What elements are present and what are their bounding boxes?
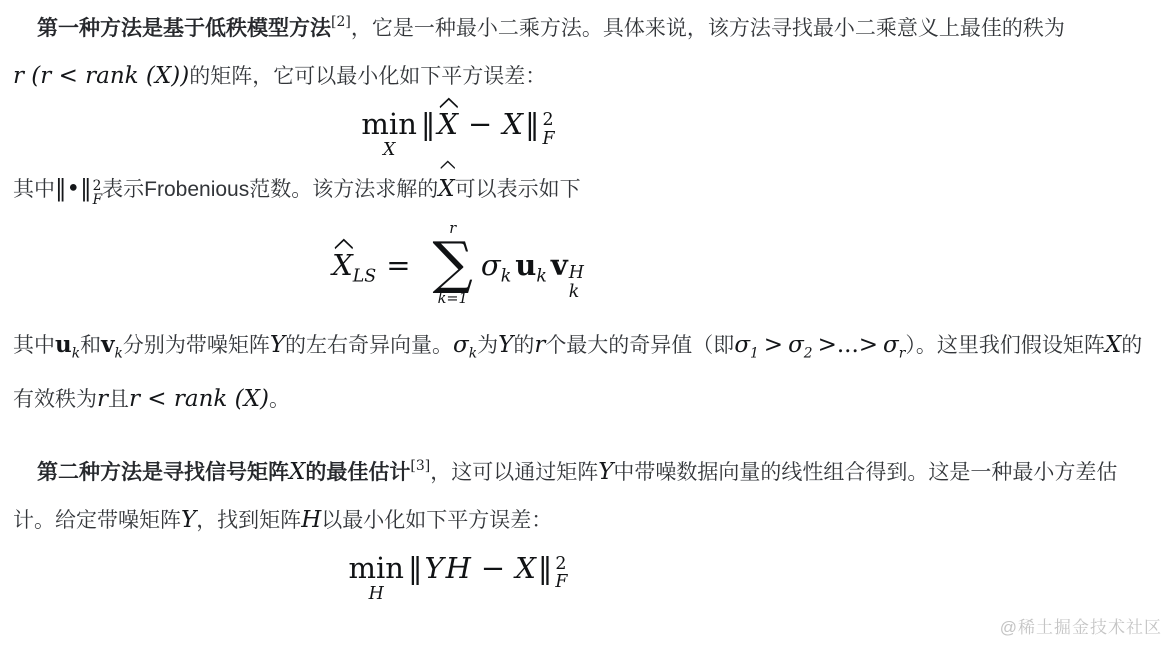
paragraph-4-s3: ，找到矩阵: [196, 509, 301, 532]
subscript-k: k: [114, 346, 122, 362]
hat-accent-icon: [439, 97, 459, 109]
paragraph-3-s5: 为: [477, 334, 498, 357]
u-subscript-k: k: [536, 267, 547, 287]
rank-r: r: [534, 332, 545, 358]
subscript-k: k: [569, 283, 584, 301]
subscript-ls: LS: [353, 267, 376, 287]
paragraph-3-s1: 其中: [13, 334, 55, 357]
inline-math-rank-constraint: r (r < rank (X)): [13, 63, 189, 89]
article-content: 第一种方法是基于低秩模型方法[2]，它是一种最小二乘方法。具体来说，该方法寻找最…: [0, 0, 1171, 603]
hat-accent-icon: [334, 238, 354, 250]
sigma-letter: σ: [734, 332, 750, 358]
paragraph-1-lead-bold: 第一种方法是基于低秩模型方法: [37, 17, 331, 40]
matrix-x: X: [515, 551, 536, 585]
matrix-h: H: [446, 551, 471, 585]
exponent-2: 2: [555, 555, 567, 573]
inline-math-sigma-k: σk: [453, 332, 477, 358]
matrix-h: H: [301, 507, 321, 533]
exponent-2: 2: [543, 111, 555, 129]
display-formula-minvar-objective: minH‖YH−X‖2F: [13, 551, 903, 603]
matrix-x-hat-letter: X: [438, 176, 454, 202]
paragraph-3-s3: 分别为带噪矩阵: [123, 334, 270, 357]
norm-exponent-stack: 2F: [555, 555, 567, 592]
paragraph-4-lead-bold-a: 第二种方法是寻找信号矩阵: [37, 461, 289, 484]
hat-accent-icon: [440, 160, 456, 170]
sigma-letter: σ: [481, 248, 501, 282]
min-operator: minX: [361, 110, 416, 159]
matrix-y: Y: [498, 332, 513, 358]
min-under-variable: H: [369, 586, 384, 603]
equals-sign: =: [376, 248, 420, 282]
inline-x-hat: X: [438, 167, 454, 212]
matrix-x-hat-letter: X: [437, 107, 458, 141]
norm-close: ‖: [80, 176, 92, 202]
matrix-x: X: [289, 459, 305, 485]
inline-math-frobenius-norm: ‖•‖2F: [55, 176, 102, 202]
sigma-letter: σ: [883, 332, 899, 358]
paragraph-2: 其中‖•‖2F表示Frobenious范数。该方法求解的X可以表示如下: [13, 167, 1158, 212]
vector-v: v: [101, 331, 114, 358]
paragraph-2-mid: 表示Frobenious范数。该方法求解的: [102, 178, 438, 201]
sigma-letter: σ: [453, 332, 469, 358]
display-formula-lowrank-objective: minX‖X−X‖2F: [13, 107, 903, 159]
paragraph-2-pre: 其中: [13, 178, 55, 201]
paragraph-3: 其中uk和vk分别为带噪矩阵Y的左右奇异向量。σk为Y的r个最大的奇异值（即σ1…: [13, 322, 1158, 422]
paragraph-4: 第二种方法是寻找信号矩阵X的最佳估计[3]，这可以通过矩阵Y中带噪数据向量的线性…: [13, 450, 1158, 543]
min-operator: minH: [349, 554, 404, 603]
paragraph-4-s4: 以最小化如下平方误差：: [321, 509, 552, 532]
x-hat: X: [437, 107, 458, 141]
paragraph-3-s2: 和: [80, 334, 101, 357]
citation-ref-3: [3]: [410, 458, 430, 474]
rank-r: r: [97, 386, 108, 412]
sum-operator: r∑k=1: [433, 222, 473, 306]
paragraph-1-tail: 的矩阵，它可以最小化如下平方误差：: [189, 65, 546, 88]
subscript-1: 1: [750, 346, 759, 362]
min-label: min: [361, 110, 416, 139]
paragraph-3-s8: ）。这里我们假设矩阵: [905, 334, 1105, 357]
norm-close: ‖: [523, 107, 542, 141]
paragraph-1: 第一种方法是基于低秩模型方法[2]，它是一种最小二乘方法。具体来说，该方法寻找最…: [13, 6, 1158, 99]
paragraph-3-s6: 的: [513, 334, 534, 357]
sigma-letter: σ: [788, 332, 804, 358]
paragraph-4-body: ，这可以通过矩阵: [430, 461, 598, 484]
matrix-y: Y: [598, 459, 613, 485]
subscript-k: k: [469, 346, 477, 362]
greater-than: >: [759, 332, 788, 358]
norm-exponent-stack: 2F: [93, 179, 103, 208]
dots-chain: >...>: [813, 332, 883, 358]
citation-ref-2: [2]: [331, 14, 351, 30]
matrix-y: Y: [424, 551, 443, 585]
exponent-2: 2: [93, 179, 103, 193]
x-hat: X: [332, 248, 353, 282]
paragraph-1-body: ，它是一种最小二乘方法。具体来说，该方法寻找最小二乘意义上最佳的秩为: [351, 17, 1065, 40]
vector-u: u: [515, 248, 536, 282]
sigma-sum-icon: ∑: [433, 239, 473, 290]
bullet-placeholder: •: [67, 176, 81, 202]
display-formula-svd-solution: XLS=r∑k=1σkukvHk: [13, 222, 903, 312]
norm-close: ‖: [536, 551, 555, 585]
norm-exponent-stack: 2F: [543, 111, 555, 148]
min-under-variable: X: [383, 142, 395, 159]
subscript-f: F: [93, 193, 103, 207]
min-label: min: [349, 554, 404, 583]
v-supsub-stack: Hk: [569, 264, 584, 301]
inline-math-sigma-ordering: σ1>σ2>...>σr: [734, 332, 905, 358]
inline-math-lt-rank: r < rank (X): [129, 386, 269, 412]
matrix-x-hat-letter: X: [332, 248, 353, 282]
paragraph-3-s11: 。: [269, 388, 290, 411]
vector-u: u: [55, 331, 72, 358]
sum-lower-limit: k=1: [438, 292, 468, 307]
superscript-h: H: [569, 264, 584, 282]
minus-sign: −: [458, 107, 502, 141]
community-watermark: @稀土掘金技术社区: [1000, 613, 1162, 638]
vector-v: v: [551, 248, 568, 282]
norm-open: ‖: [55, 176, 67, 202]
paragraph-3-s10: 且: [108, 388, 129, 411]
subscript-f: F: [555, 573, 567, 591]
matrix-y: Y: [270, 332, 285, 358]
matrix-x: X: [502, 107, 523, 141]
paragraph-2-tail: 可以表示如下: [455, 178, 581, 201]
subscript-k: k: [72, 346, 80, 362]
norm-open: ‖: [419, 107, 438, 141]
matrix-x: X: [1105, 332, 1121, 358]
paragraph-4-lead-bold-b: 的最佳估计: [305, 461, 410, 484]
inline-math-v-k: vk: [101, 332, 123, 358]
matrix-y: Y: [181, 507, 196, 533]
subscript-2: 2: [804, 346, 813, 362]
subscript-f: F: [543, 130, 555, 148]
paragraph-3-s4: 的左右奇异向量。: [285, 334, 453, 357]
paragraph-3-s7: 个最大的奇异值（即: [545, 334, 734, 357]
sigma-subscript-k: k: [501, 267, 512, 287]
minus-sign: −: [471, 551, 515, 585]
norm-open: ‖: [406, 551, 425, 585]
inline-math-u-k: uk: [55, 332, 80, 358]
